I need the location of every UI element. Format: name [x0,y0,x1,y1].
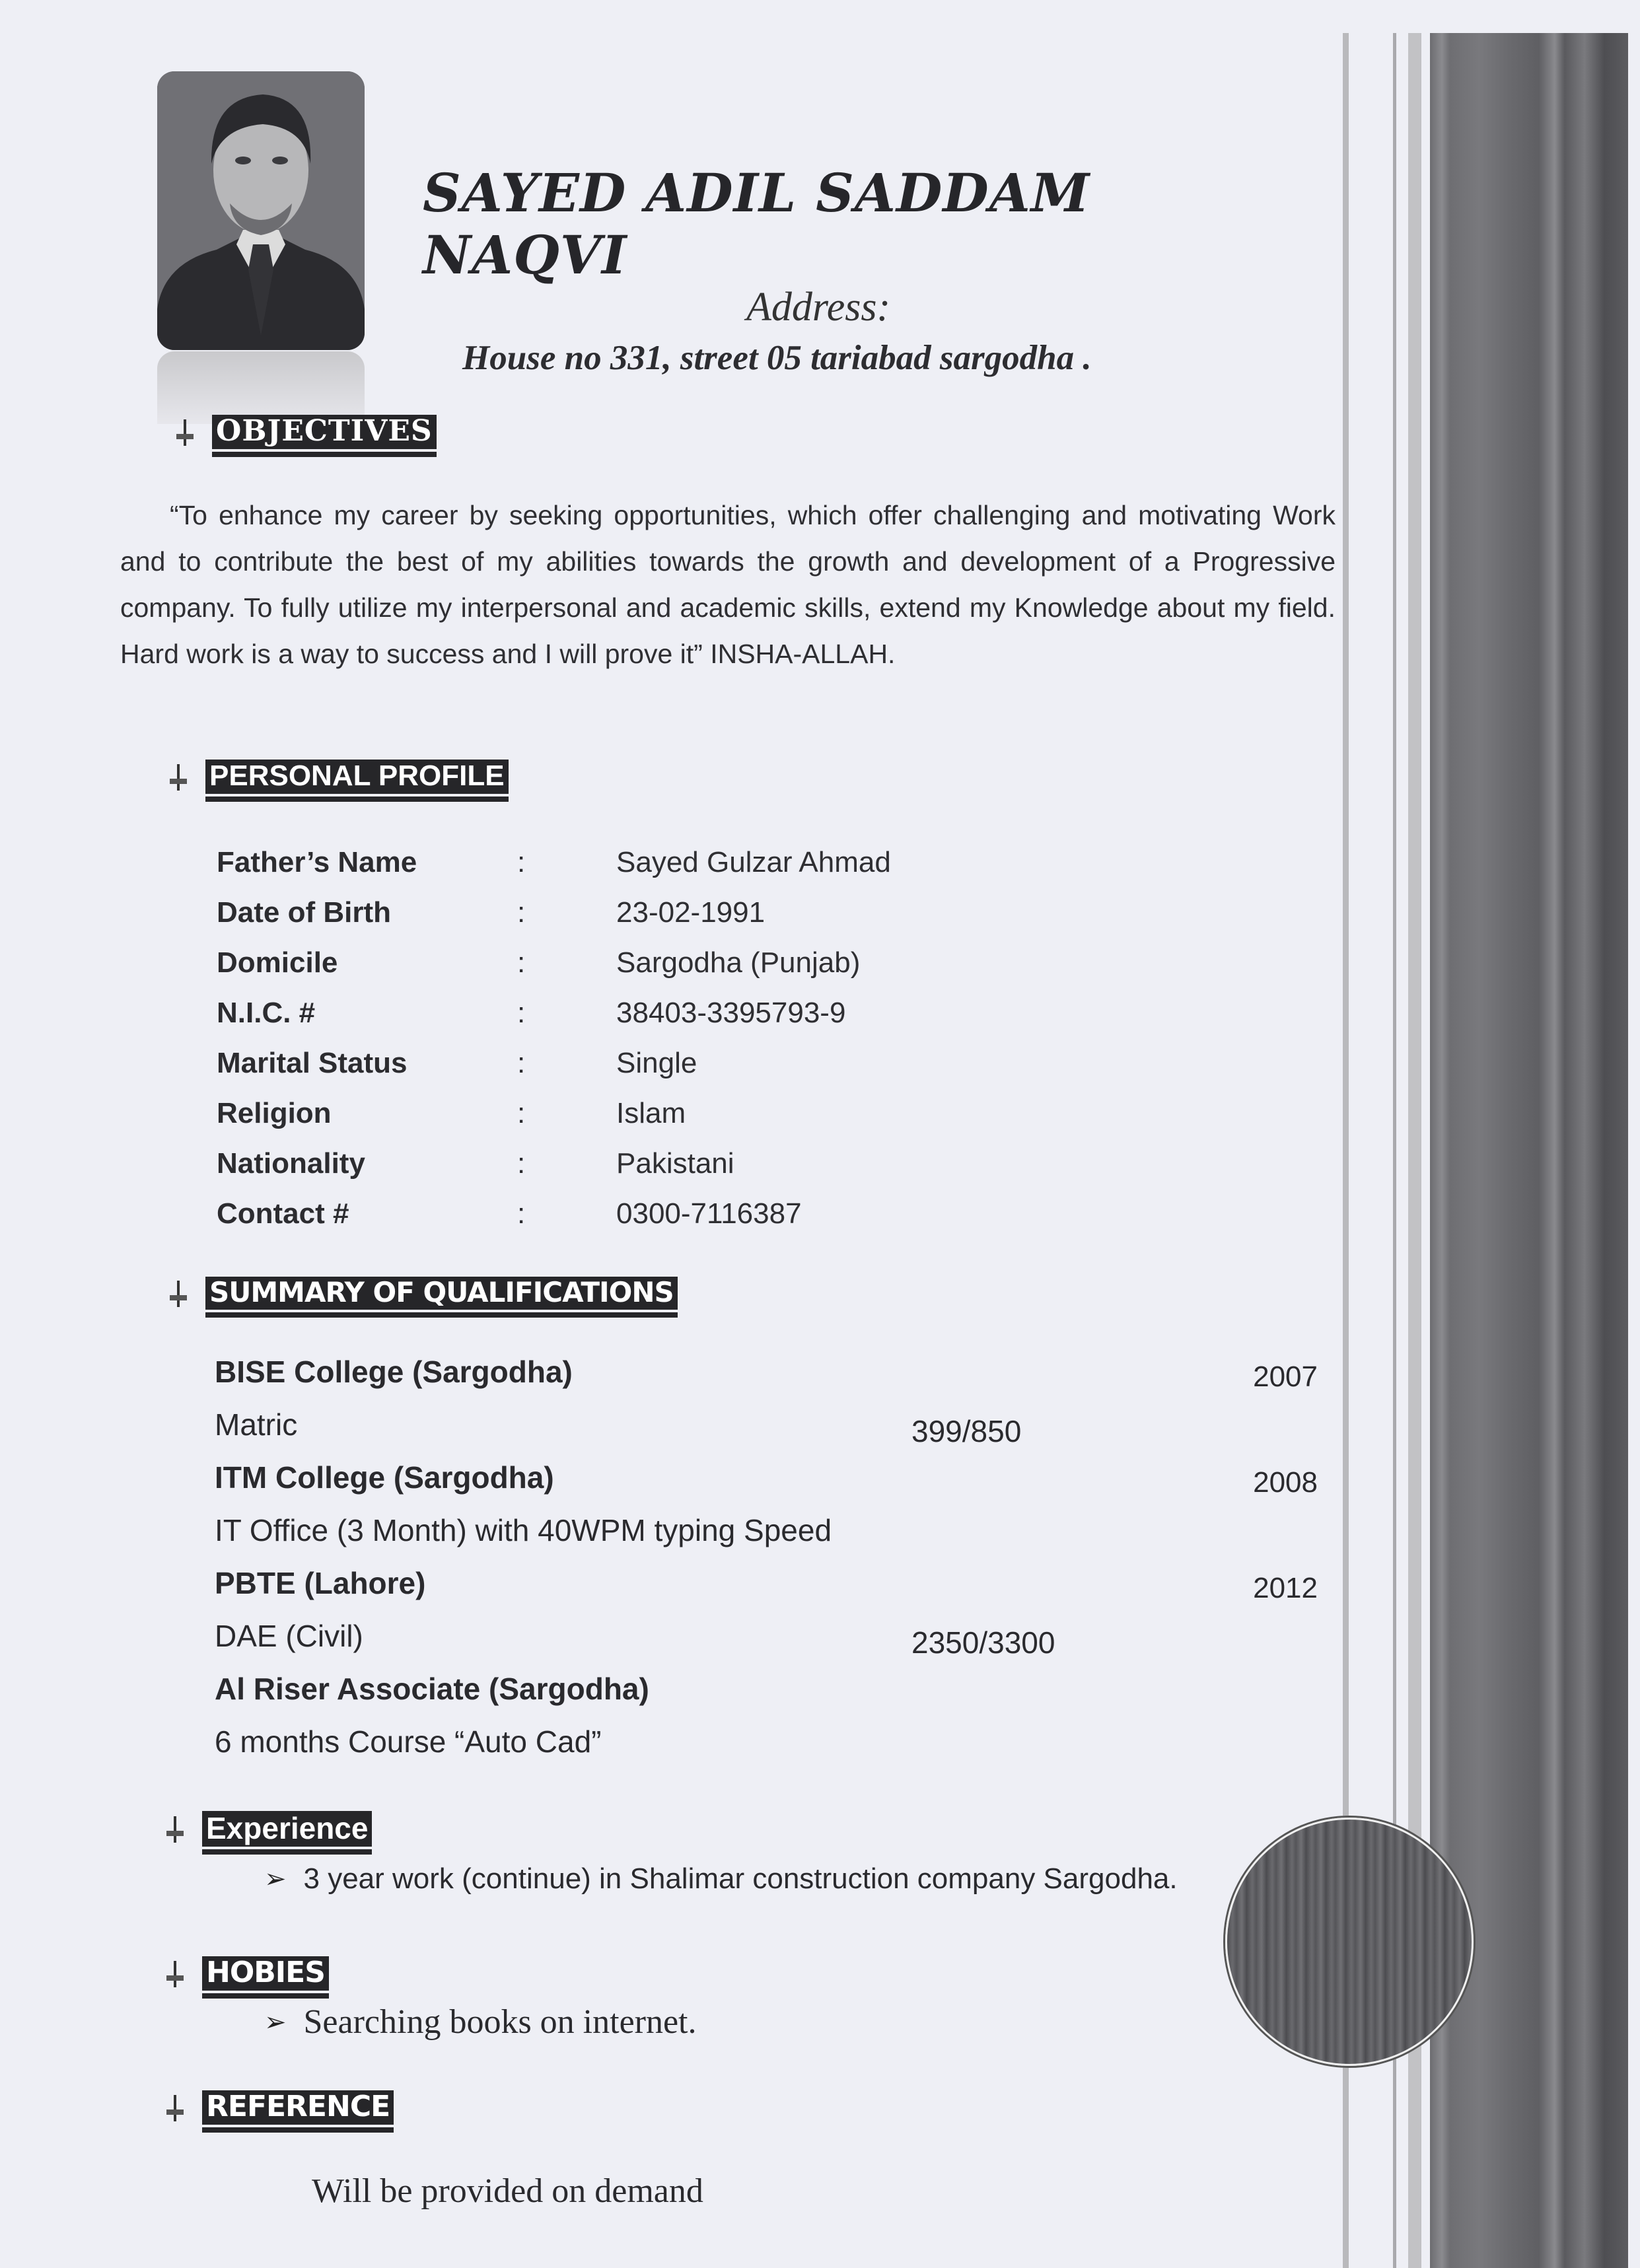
qualification-year: 2012 [1253,1572,1318,1605]
experience-item: 3 year work (continue) in Shalimar const… [304,1862,1178,1896]
profile-row: Date of Birth:23-02-1991 [217,888,891,938]
qualification-row: Matric399/850 [215,1400,1324,1453]
qualification-row: DAE (Civil)2350/3300 [215,1612,1324,1664]
qualification-text: DAE (Civil) [215,1618,363,1654]
qualification-text: 6 months Course “Auto Cad” [215,1724,602,1759]
qualification-score: 399/850 [911,1413,1021,1449]
profile-label: Contact # [217,1197,517,1230]
photo-reflection [157,351,365,424]
profile-photo [157,71,365,350]
person-portrait-icon [157,71,365,350]
qualification-text: PBTE (Lahore) [215,1565,425,1601]
hobby-item: Searching books on internet. [304,2002,697,2041]
pin-bullet-icon [165,1816,185,1844]
personal-profile-table: Father’s Name:Sayed Gulzar AhmadDate of … [217,837,891,1239]
profile-separator: : [517,1047,616,1080]
qualification-text: ITM College (Sargodha) [215,1460,554,1495]
section-title: HOBIES [202,1956,329,1993]
profile-row: N.I.C. #:38403-3395793-9 [217,988,891,1038]
section-title: REFERENCE [202,2090,394,2127]
qualification-row: 6 months Course “Auto Cad” [215,1717,1324,1770]
profile-separator: : [517,997,616,1030]
profile-label: N.I.C. # [217,997,517,1030]
profile-separator: : [517,846,616,879]
qualifications-list: BISE College (Sargodha)2007Matric399/850… [215,1347,1324,1770]
candidate-name: SAYED ADIL SADDAM NAQVI [423,162,1281,286]
profile-value: Pakistani [616,1147,734,1180]
list-item: ➢ Searching books on internet. [264,2002,697,2041]
section-objectives: OBJECTIVES [175,415,437,452]
profile-row: Marital Status:Single [217,1038,891,1088]
profile-separator: : [517,1097,616,1130]
profile-row: Domicile:Sargodha (Punjab) [217,938,891,988]
profile-value: 23-02-1991 [616,896,765,929]
qualification-row: PBTE (Lahore)2012 [215,1559,1324,1612]
qualification-row: BISE College (Sargodha)2007 [215,1347,1324,1400]
profile-value: Sargodha (Punjab) [616,946,860,979]
profile-value: 0300-7116387 [616,1197,802,1230]
objective-text: “To enhance my career by seeking opportu… [120,492,1336,677]
section-title: OBJECTIVES [212,415,437,452]
list-item: ➢ 3 year work (continue) in Shalimar con… [264,1862,1178,1896]
section-reference: REFERENCE [165,2090,394,2127]
profile-label: Religion [217,1097,517,1130]
section-title: SUMMARY OF QUALIFICATIONS [205,1277,678,1312]
profile-row: Father’s Name:Sayed Gulzar Ahmad [217,837,891,888]
qualification-text: Matric [215,1407,297,1442]
reference-text: Will be provided on demand [312,2172,703,2211]
section-qualifications: SUMMARY OF QUALIFICATIONS [168,1277,678,1312]
profile-row: Religion:Islam [217,1088,891,1139]
qualification-year: 2007 [1253,1361,1318,1394]
section-experience: Experience [165,1811,372,1849]
profile-label: Marital Status [217,1047,517,1080]
address-label: Address: [746,284,890,331]
qualification-year: 2008 [1253,1466,1318,1499]
pin-bullet-icon [168,764,188,792]
pin-bullet-icon [168,1281,188,1308]
section-title: PERSONAL PROFILE [205,760,509,797]
pin-bullet-icon [165,1961,185,1989]
arrow-bullet-icon: ➢ [264,2007,287,2038]
profile-separator: : [517,1147,616,1180]
profile-row: Contact #:0300-7116387 [217,1189,891,1239]
section-personal-profile: PERSONAL PROFILE [168,760,509,797]
arrow-bullet-icon: ➢ [264,1864,287,1894]
qualification-row: IT Office (3 Month) with 40WPM typing Sp… [215,1506,1324,1559]
profile-label: Date of Birth [217,896,517,929]
profile-value: Single [616,1047,697,1080]
address: House no 331, street 05 tariabad sargodh… [462,338,1092,378]
decorative-circle [1225,1818,1474,2066]
profile-row: Nationality:Pakistani [217,1139,891,1189]
section-hobbies: HOBIES [165,1956,329,1993]
profile-label: Nationality [217,1147,517,1180]
profile-separator: : [517,946,616,979]
qualification-text: IT Office (3 Month) with 40WPM typing Sp… [215,1512,832,1548]
pin-bullet-icon [165,2095,185,2123]
profile-separator: : [517,1197,616,1230]
profile-value: 38403-3395793-9 [616,997,845,1030]
qualification-row: ITM College (Sargodha)2008 [215,1453,1324,1506]
qualification-text: Al Riser Associate (Sargodha) [215,1671,649,1707]
profile-separator: : [517,896,616,929]
qualification-score: 2350/3300 [911,1625,1055,1660]
section-title: Experience [202,1811,372,1849]
pin-bullet-icon [175,419,195,447]
profile-value: Sayed Gulzar Ahmad [616,846,891,879]
qualification-row: Al Riser Associate (Sargodha) [215,1664,1324,1717]
qualification-text: BISE College (Sargodha) [215,1354,573,1390]
profile-label: Domicile [217,946,517,979]
profile-label: Father’s Name [217,846,517,879]
profile-value: Islam [616,1097,686,1130]
